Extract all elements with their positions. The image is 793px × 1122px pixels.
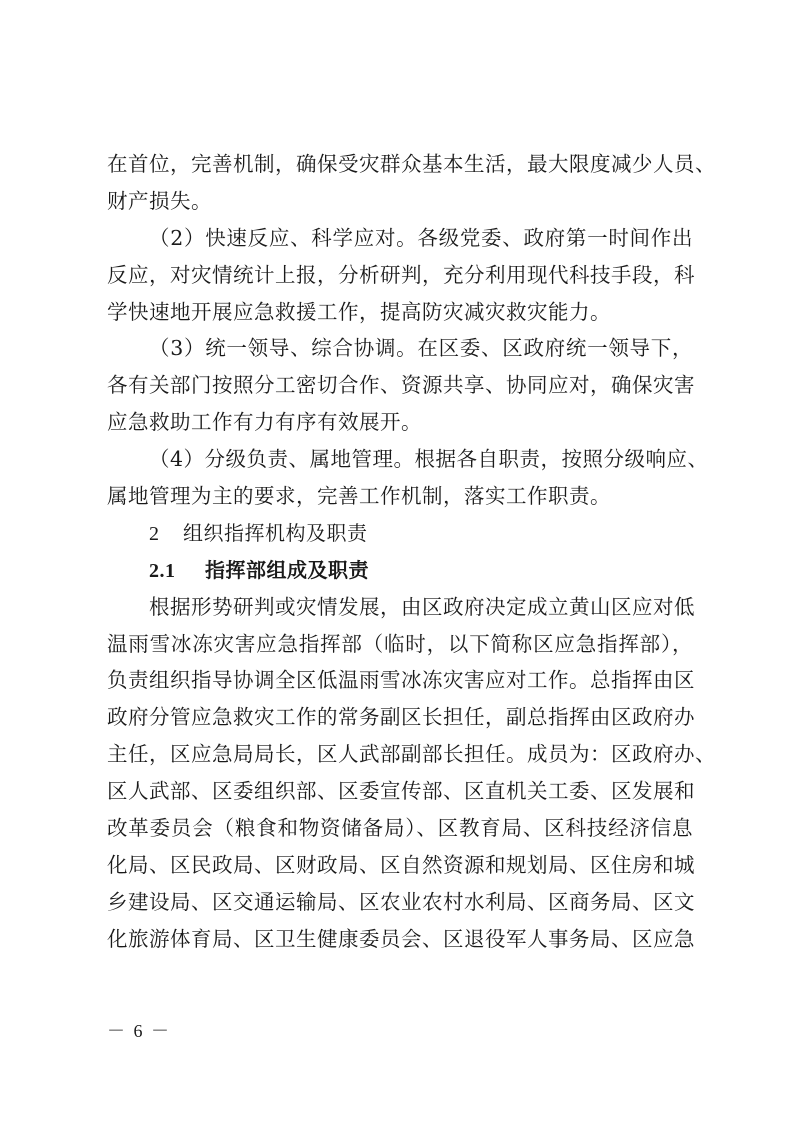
document-page: 在首位，完善机制，确保受灾群众基本生活，最大限度减少人员、 财产损失。 （2）快… — [107, 146, 693, 958]
text-line: （3）统一领导、综合协调。在区委、区政府统一领导下， — [107, 330, 693, 367]
section-heading-2-1: 2.1指挥部组成及职责 — [107, 552, 693, 589]
text-line: 属地管理为主的要求，完善工作机制，落实工作职责。 — [107, 478, 693, 515]
text-line: 乡建设局、区交通运输局、区农业农村水利局、区商务局、区文 — [107, 884, 693, 921]
text-line: （2）快速反应、科学应对。各级党委、政府第一时间作出 — [107, 220, 693, 257]
text-line: 改革委员会（粮食和物资储备局）、区教育局、区科技经济信息 — [107, 810, 693, 847]
paragraph-principle-3: （3）统一领导、综合协调。在区委、区政府统一领导下， 各有关部门按照分工密切合作… — [107, 330, 693, 441]
paragraph-principle-1-continued: 在首位，完善机制，确保受灾群众基本生活，最大限度减少人员、 财产损失。 — [107, 146, 693, 220]
text-line: 各有关部门按照分工密切合作、资源共享、协同应对，确保灾害 — [107, 367, 693, 404]
text-line: （4）分级负责、属地管理。根据各自职责，按照分级响应、 — [107, 441, 693, 478]
subsection-number: 2.1 — [149, 553, 205, 590]
text-line: 财产损失。 — [107, 183, 693, 220]
text-line: 化局、区民政局、区财政局、区自然资源和规划局、区住房和城 — [107, 847, 693, 884]
section-heading-2: 2组织指挥机构及职责 — [107, 515, 693, 552]
text-line: 化旅游体育局、区卫生健康委员会、区退役军人事务局、区应急 — [107, 921, 693, 958]
text-line: 学快速地开展应急救援工作，提高防灾减灾救灾能力。 — [107, 294, 693, 331]
section-number: 2 — [149, 516, 183, 553]
text-line: 反应，对灾情统计上报，分析研判，充分利用现代科技手段，科 — [107, 257, 693, 294]
text-line: 应急救助工作有力有序有效展开。 — [107, 404, 693, 441]
section-title: 组织指挥机构及职责 — [183, 521, 368, 545]
text-line: 温雨雪冰冻灾害应急指挥部（临时，以下简称区应急指挥部）， — [107, 626, 693, 663]
text-line: 区人武部、区委组织部、区委宣传部、区直机关工委、区发展和 — [107, 773, 693, 810]
text-line: 政府分管应急救灾工作的常务副区长担任，副总指挥由区政府办 — [107, 699, 693, 736]
text-line: 在首位，完善机制，确保受灾群众基本生活，最大限度减少人员、 — [107, 146, 693, 183]
subsection-title: 指挥部组成及职责 — [205, 558, 369, 582]
page-number: － 6 － — [107, 1017, 171, 1043]
text-line: 负责组织指导协调全区低温雨雪冰冻灾害应对工作。总指挥由区 — [107, 662, 693, 699]
paragraph-principle-4: （4）分级负责、属地管理。根据各自职责，按照分级响应、 属地管理为主的要求，完善… — [107, 441, 693, 515]
paragraph-principle-2: （2）快速反应、科学应对。各级党委、政府第一时间作出 反应，对灾情统计上报，分析… — [107, 220, 693, 331]
text-line: 主任，区应急局局长，区人武部副部长担任。成员为：区政府办、 — [107, 736, 693, 773]
text-line: 根据形势研判或灾情发展，由区政府决定成立黄山区应对低 — [107, 589, 693, 626]
paragraph-command-structure: 根据形势研判或灾情发展，由区政府决定成立黄山区应对低 温雨雪冰冻灾害应急指挥部（… — [107, 589, 693, 958]
